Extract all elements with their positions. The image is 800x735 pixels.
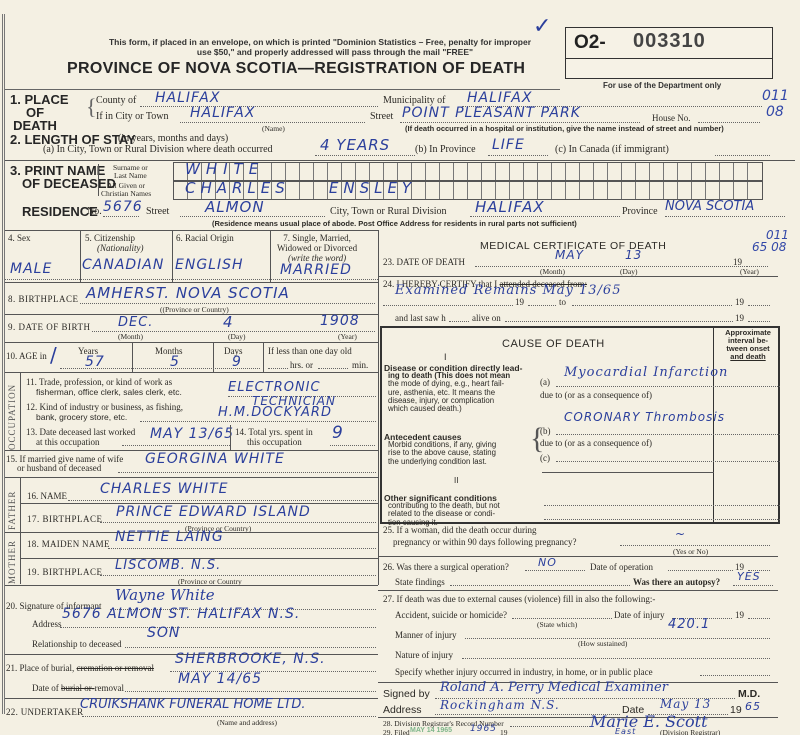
certify-note: Examined Remains May 13/65 <box>395 283 621 298</box>
given-names-label: All Given or Christian Names <box>101 182 151 198</box>
accident-field[interactable] <box>512 618 612 619</box>
age-days: 9 <box>232 354 242 370</box>
section-i: I <box>444 352 447 362</box>
q11-value: ELECTRONIC <box>228 380 321 395</box>
q13-label-2: at this occupation <box>36 437 99 447</box>
divider <box>80 230 81 282</box>
residence-hint: (Residence means usual place of abode. P… <box>212 219 577 228</box>
father-name-field[interactable] <box>68 500 376 501</box>
house-label: House No. <box>652 113 691 123</box>
municipality-value: HALIFAX <box>467 90 532 106</box>
residence-province-value: NOVA SCOTIA <box>665 199 754 214</box>
institution-hint: (If death occurred in a hospital or inst… <box>405 124 724 133</box>
margin-code-1: 011 <box>762 88 789 104</box>
filed-stamp: MAY 14 1965 <box>410 727 452 734</box>
city-field[interactable] <box>180 122 365 123</box>
postage-notice: This form, if placed in an envelope, on … <box>60 37 580 57</box>
q25-label-1: 25. If a woman, did the death occur duri… <box>383 525 536 535</box>
section-ii: II <box>454 476 458 485</box>
q14-label-1: 14. Total yrs. spent in <box>235 427 313 437</box>
nature-field[interactable] <box>462 658 770 659</box>
q13-value: MAY 13/65 <box>150 426 234 442</box>
checkmark-icon: ✓ <box>533 14 552 39</box>
length-hint: (in years, months and days) <box>118 133 228 144</box>
sign-year-value: 65 <box>745 700 761 713</box>
to-field[interactable] <box>572 305 732 306</box>
signed-by-value: Roland A. Perry Medical Examiner <box>440 680 668 695</box>
classification-code: 420.1 <box>668 617 710 632</box>
residence-street-label: Street <box>146 206 169 217</box>
racial-origin-label: 6. Racial Origin <box>176 233 234 243</box>
birthplace-value: AMHERST. NOVA SCOTIA <box>86 284 290 302</box>
residence-province-field[interactable] <box>665 216 785 217</box>
residence-city-field[interactable] <box>470 216 620 217</box>
informant-address-value: 5676 ALMON ST. HALIFAX N.S. <box>62 606 300 622</box>
stay-city-value: 4 YEARS <box>320 136 390 154</box>
q26-field[interactable] <box>525 570 585 571</box>
injury-date-label: Date of injury <box>614 610 664 620</box>
q26-label: 26. Was there a surgical operation? <box>383 562 509 572</box>
marital-value: MARRIED <box>280 262 352 278</box>
margin-code-4: 65 08 <box>752 240 786 254</box>
from-19: 19 <box>515 297 524 307</box>
registration-number-box: O2- 003310 <box>565 27 773 79</box>
registrar-hint: (Division Registrar) <box>660 728 720 735</box>
alive-on-field[interactable] <box>505 321 733 322</box>
other-conditions-desc: contributing to the death, but not relat… <box>388 502 500 527</box>
hrs-label: hrs. or <box>290 360 313 370</box>
dod-day-hint: (Day) <box>620 267 638 276</box>
q25-label-2: pregnancy or within 90 days following pr… <box>393 537 576 547</box>
label-part: removal <box>95 683 125 693</box>
divider <box>378 717 778 718</box>
dob-day: 4 <box>223 313 234 331</box>
year-hint: (Year) <box>338 332 357 341</box>
findings-field[interactable] <box>450 585 630 586</box>
informant-signature: Wayne White <box>115 586 215 604</box>
burial-date-label: Date of burial or-removal <box>32 683 124 693</box>
citizenship-label: 5. Citizenship <box>85 233 135 243</box>
county-field[interactable] <box>140 106 378 107</box>
cause-b-value: CORONARY Thrombosis <box>564 410 725 424</box>
brace: { <box>86 94 97 120</box>
cause-b-field[interactable] <box>556 434 780 435</box>
spouse-field[interactable] <box>118 472 376 473</box>
cause-title: CAUSE OF DEATH <box>502 338 605 350</box>
given-names-value: CHARLES ENSLEY <box>185 179 416 197</box>
antecedent-desc: Morbid conditions, if any, giving rise t… <box>388 441 496 466</box>
other-conditions-field-2[interactable] <box>544 519 780 520</box>
burial-place-label: 21. Place of burial, cremation or remova… <box>6 663 154 673</box>
record-number-field[interactable] <box>510 726 590 727</box>
label-strike: cremation or removal <box>76 663 153 673</box>
pronoun-field[interactable] <box>449 321 469 322</box>
margin-code-2: 08 <box>766 104 784 120</box>
cause-a-label: (a) <box>540 377 550 387</box>
q14-value: 9 <box>332 423 344 443</box>
dept-only-label: For use of the Department only <box>603 81 721 90</box>
marital-label: 7. Single, Married, Widowed or Divorced … <box>277 233 357 263</box>
signer-address-value: Rockingham N.S. <box>440 698 560 712</box>
q13-field[interactable] <box>122 445 230 446</box>
relationship-label: Relationship to deceased <box>32 639 121 649</box>
sign-date-value: May 13 <box>660 697 711 711</box>
citizenship-value: CANADIAN <box>82 257 164 273</box>
age-months: 5 <box>170 354 180 370</box>
label-line: DEATH <box>10 119 60 132</box>
burial-place-value: SHERBROOKE, N.S. <box>175 651 326 667</box>
month-hint: (Month) <box>118 332 143 341</box>
to-year-field[interactable] <box>748 305 770 306</box>
street-value: POINT PLEASANT PARK <box>402 105 581 121</box>
sign-year-prefix: 19 <box>730 704 742 716</box>
state-which-hint: (State which) <box>537 620 577 629</box>
divider <box>263 342 264 372</box>
city-value: HALIFAX <box>190 105 255 121</box>
burial-date-field[interactable] <box>125 691 376 692</box>
filed-19: 19 <box>500 728 508 735</box>
father-side-label: FATHER <box>7 491 17 530</box>
dod-field[interactable] <box>475 266 745 267</box>
birthplace-label: 8. BIRTHPLACE <box>8 294 78 304</box>
alive-on-label: alive on <box>472 313 501 323</box>
name-hint: (Name) <box>262 124 285 133</box>
q13-label-1: 13. Date deceased last worked <box>26 427 135 437</box>
relationship-value: SON <box>147 625 180 641</box>
signer-address-label: Address <box>383 704 422 716</box>
registrar-sub: East <box>615 727 636 735</box>
label-line: and death <box>716 353 780 361</box>
county-value: HALIFAX <box>155 90 220 106</box>
injury-19: 19 <box>735 610 744 620</box>
divider <box>5 477 378 478</box>
informant-address-label: Address <box>32 619 62 629</box>
mother-side-label: MOTHER <box>7 540 17 584</box>
yes-no-hint: (Yes or No) <box>673 547 708 556</box>
min-label: min. <box>352 360 368 370</box>
label-line: 7. Single, Married, <box>277 233 357 243</box>
undertaker-label: 22. UNDERTAKER <box>6 707 83 717</box>
notice-line-1: This form, if placed in an envelope, on … <box>60 37 580 47</box>
q14-field[interactable] <box>330 445 375 446</box>
age-label: 10. AGE in <box>6 351 47 361</box>
q25-field[interactable] <box>620 545 770 546</box>
less-than-day-label: If less than one day old <box>268 346 352 356</box>
dob-month: DEC. <box>118 315 153 330</box>
min-field[interactable] <box>318 368 348 369</box>
q12-label-1: 12. Kind of industry or business, as fis… <box>26 402 183 412</box>
dod-day: 13 <box>625 248 642 262</box>
q12-value: H.M.DOCKYARD <box>218 405 332 420</box>
from-year-field[interactable] <box>528 305 556 306</box>
day-hint: (Day) <box>228 332 246 341</box>
due-to-1: due to (or as a consequence of) <box>540 390 652 400</box>
dob-label: 9. DATE OF BIRTH <box>8 322 90 332</box>
alive-19: 19 <box>735 313 744 323</box>
dod-year-prefix: 19 <box>733 257 742 267</box>
box-divider <box>566 58 772 59</box>
cause-b-label: (b) <box>540 426 551 436</box>
desc-line: which caused death.) <box>388 405 510 413</box>
notice-line-2: use $50," and properly addressed will pa… <box>60 47 580 57</box>
divider <box>378 276 778 277</box>
cause-a-field[interactable] <box>556 386 780 387</box>
divider <box>378 590 778 591</box>
q12-field[interactable] <box>140 421 376 422</box>
father-birthplace-value: PRINCE EDWARD ISLAND <box>116 504 311 520</box>
filed-hand: 1965 <box>470 724 497 734</box>
residence-no-label: No. <box>87 206 102 217</box>
street-label: Street <box>370 111 393 122</box>
stay-city-label: (a) In City, Town or Rural Division wher… <box>43 144 273 155</box>
nature-label: Nature of injury <box>395 650 453 660</box>
surname-value: WHITE <box>185 160 264 178</box>
stay-city-field[interactable] <box>315 155 415 156</box>
last-saw-label: and last saw h <box>395 313 446 323</box>
injury-year-field[interactable] <box>748 618 770 619</box>
mother-name-label: 18. MAIDEN NAME <box>27 539 110 549</box>
q26-value: NO <box>538 556 557 569</box>
direct-cause-desc: ing to death (This does not mean the mod… <box>388 372 510 413</box>
city-label: If in City or Town <box>96 111 168 122</box>
divider <box>5 160 795 161</box>
divider <box>20 372 21 450</box>
residence-province-label: Province <box>622 206 658 217</box>
mother-birthplace-field[interactable] <box>100 575 376 576</box>
label-part: 21. Place of burial, <box>6 663 74 673</box>
undertaker-hint: (Name and address) <box>217 718 277 727</box>
cause-a-value: Myocardial Infarction <box>564 365 728 380</box>
mother-name-field[interactable] <box>108 548 376 549</box>
surname-label: Surname or Last Name <box>113 164 148 180</box>
filed-label: 29. Filed <box>383 728 410 735</box>
divider <box>542 472 714 473</box>
divider <box>270 230 271 282</box>
residence-no-field[interactable] <box>103 216 139 217</box>
age-years: 57 <box>85 354 105 370</box>
residence-street-field[interactable] <box>180 216 325 217</box>
street-field[interactable] <box>400 122 640 123</box>
father-name-label: 16. NAME <box>27 491 67 501</box>
cause-of-death-box: CAUSE OF DEATH I Approximate interval be… <box>380 326 780 524</box>
divider <box>98 164 99 196</box>
md-label: M.D. <box>738 688 760 700</box>
cause-c-label: (c) <box>540 453 550 463</box>
residence-no-value: 5676 <box>103 199 143 215</box>
label-line: Last Name <box>113 172 148 180</box>
burial-date-value: MAY 14/65 <box>178 671 262 687</box>
father-name-value: CHARLES WHITE <box>100 481 229 497</box>
personal-field-line <box>5 279 378 280</box>
dod-year-hint: (Year) <box>740 267 759 276</box>
reg-number: 003310 <box>633 30 706 53</box>
sex-label: 4. Sex <box>8 233 31 243</box>
residence-city-label: City, Town or Rural Division <box>330 206 447 217</box>
father-birthplace-label: 17. BIRTHPLACE <box>27 514 102 524</box>
stay-province-field[interactable] <box>488 155 548 156</box>
dob-year: 1908 <box>320 313 360 329</box>
age-check-icon: / <box>50 343 58 367</box>
autopsy-field[interactable] <box>733 585 773 586</box>
residence-street-value: ALMON <box>205 198 265 216</box>
column-divider <box>378 230 379 585</box>
relationship-field[interactable] <box>125 647 376 648</box>
desc-line: the underlying condition last. <box>388 458 496 466</box>
mother-birthplace-value: LISCOMB. N.S. <box>115 558 221 573</box>
death-registration-form: This form, if placed in an envelope, on … <box>0 0 800 735</box>
birthplace-field[interactable] <box>80 303 375 304</box>
mother-name-value: NETTIE LAING <box>115 529 224 545</box>
divider <box>20 477 21 532</box>
divider <box>5 342 378 343</box>
county-label: County of <box>96 95 136 106</box>
to-19: 19 <box>735 297 744 307</box>
racial-origin-value: ENGLISH <box>175 257 244 273</box>
specify-label: Specify whether injury occurred in indus… <box>395 667 653 677</box>
label-part: Date of <box>32 683 59 693</box>
mother-birthplace-label: 19. BIRTHPLACE <box>27 567 102 577</box>
q27-label: 27. If death was due to external causes … <box>383 594 655 604</box>
divider <box>5 230 378 231</box>
birthplace-hint: ((Province or Country) <box>160 305 229 314</box>
divider <box>378 556 778 557</box>
op-date-field[interactable] <box>668 570 733 571</box>
place-of-death-label: 1. PLACE OF DEATH <box>10 93 60 132</box>
residence-city-value: HALIFAX <box>475 198 545 216</box>
spouse-label-2: or husband of deceased <box>17 463 101 473</box>
spouse-value: GEORGINA WHITE <box>145 451 285 467</box>
label-line: Widowed or Divorced <box>277 243 357 253</box>
q14-label-2: this occupation <box>247 437 302 447</box>
cause-c-field[interactable] <box>556 461 780 462</box>
q11-label-1: 11. Trade, profession, or kind of work a… <box>26 377 172 387</box>
stay-canada-field[interactable] <box>715 155 770 156</box>
label-strike: burial or <box>61 683 92 693</box>
dod-month-hint: (Month) <box>540 267 565 276</box>
specify-field[interactable] <box>700 675 770 676</box>
findings-label: State findings <box>395 577 445 587</box>
stay-province-value: LIFE <box>492 137 525 153</box>
father-birthplace-field[interactable] <box>100 522 376 523</box>
stay-canada-label: (c) In Canada (if immigrant) <box>555 144 669 155</box>
signed-by-label: Signed by <box>383 688 430 700</box>
divider <box>230 425 231 450</box>
dod-label: 23. DATE OF DEATH <box>383 257 465 267</box>
house-field[interactable] <box>698 122 760 123</box>
divider <box>5 282 378 283</box>
autopsy-label: Was there an autopsy? <box>633 577 720 587</box>
op-date-label: Date of operation <box>590 562 653 572</box>
left-border <box>2 14 5 714</box>
hrs-field[interactable] <box>268 368 288 369</box>
citizenship-sub: (Nationality) <box>97 243 144 253</box>
divider <box>172 230 173 282</box>
interval-label: Approximate interval be- tween onset and… <box>716 329 780 361</box>
accident-label: Accident, suicide or homicide? <box>395 610 507 620</box>
due-to-2: due to (or as a consequence of) <box>540 438 652 448</box>
reg-prefix: O2- <box>574 32 606 54</box>
stay-province-label: (b) In Province <box>415 144 476 155</box>
manner-label: Manner of injury <box>395 630 456 640</box>
how-sustained-hint: (How sustained) <box>578 639 627 648</box>
q12-label-2: bank, grocery store, etc. <box>36 412 127 422</box>
dod-month: MAY <box>555 248 584 262</box>
q11-label-2: fisherman, office clerk, sales clerk, et… <box>36 387 182 397</box>
informant-address-field[interactable] <box>60 627 376 628</box>
from-field[interactable] <box>383 305 513 306</box>
undertaker-value: CRUIKSHANK FUNERAL HOME LTD. <box>80 697 306 712</box>
interval-divider <box>713 328 714 522</box>
other-conditions-field-1[interactable] <box>544 505 780 506</box>
to-label: to <box>559 297 566 307</box>
q25-value: ~ <box>675 527 686 541</box>
sex-value: MALE <box>10 261 52 277</box>
label-line: Christian Names <box>101 190 151 198</box>
divider <box>5 372 378 373</box>
page-title: PROVINCE OF NOVA SCOTIA—REGISTRATION OF … <box>67 60 525 78</box>
alive-year-field[interactable] <box>748 321 770 322</box>
undertaker-field[interactable] <box>82 716 376 717</box>
autopsy-value: YES <box>737 570 761 583</box>
occupation-side-label: OCCUPATION <box>7 384 17 450</box>
